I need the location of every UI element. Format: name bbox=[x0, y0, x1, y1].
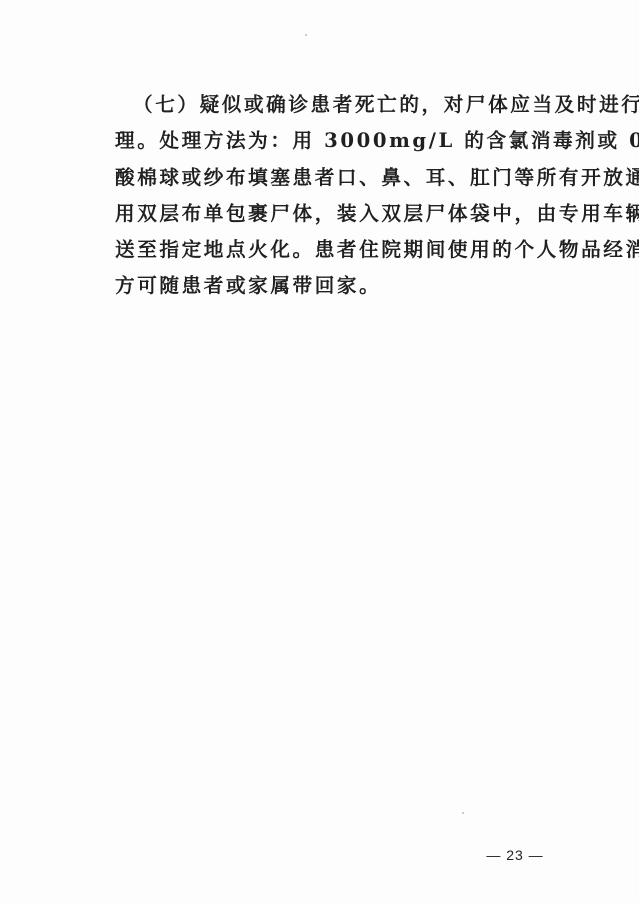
paragraph-line: 方可随患者或家属带回家。 bbox=[115, 273, 543, 309]
paragraph-line: 酸棉球或纱布填塞患者口、鼻、耳、肛门等所有开放通道； bbox=[115, 165, 543, 201]
document-page: （七）疑似或确诊患者死亡的，对尸体应当及时进行处 理。处理方法为：用 3000m… bbox=[0, 0, 639, 903]
scan-speck bbox=[462, 812, 464, 814]
document-body: （七）疑似或确诊患者死亡的，对尸体应当及时进行处 理。处理方法为：用 3000m… bbox=[115, 92, 543, 310]
page-number: — 23 — bbox=[479, 847, 551, 863]
scan-speck bbox=[305, 34, 307, 36]
paragraph-line: 理。处理方法为：用 3000mg/L 的含氯消毒剂或 0.5%过氧乙 bbox=[115, 128, 543, 164]
paragraph-line: 用双层布单包裹尸体，装入双层尸体袋中，由专用车辆直接 bbox=[115, 201, 543, 237]
paragraph-line: 送至指定地点火化。患者住院期间使用的个人物品经消毒后 bbox=[115, 237, 543, 273]
paragraph-line: （七）疑似或确诊患者死亡的，对尸体应当及时进行处 bbox=[115, 92, 543, 128]
